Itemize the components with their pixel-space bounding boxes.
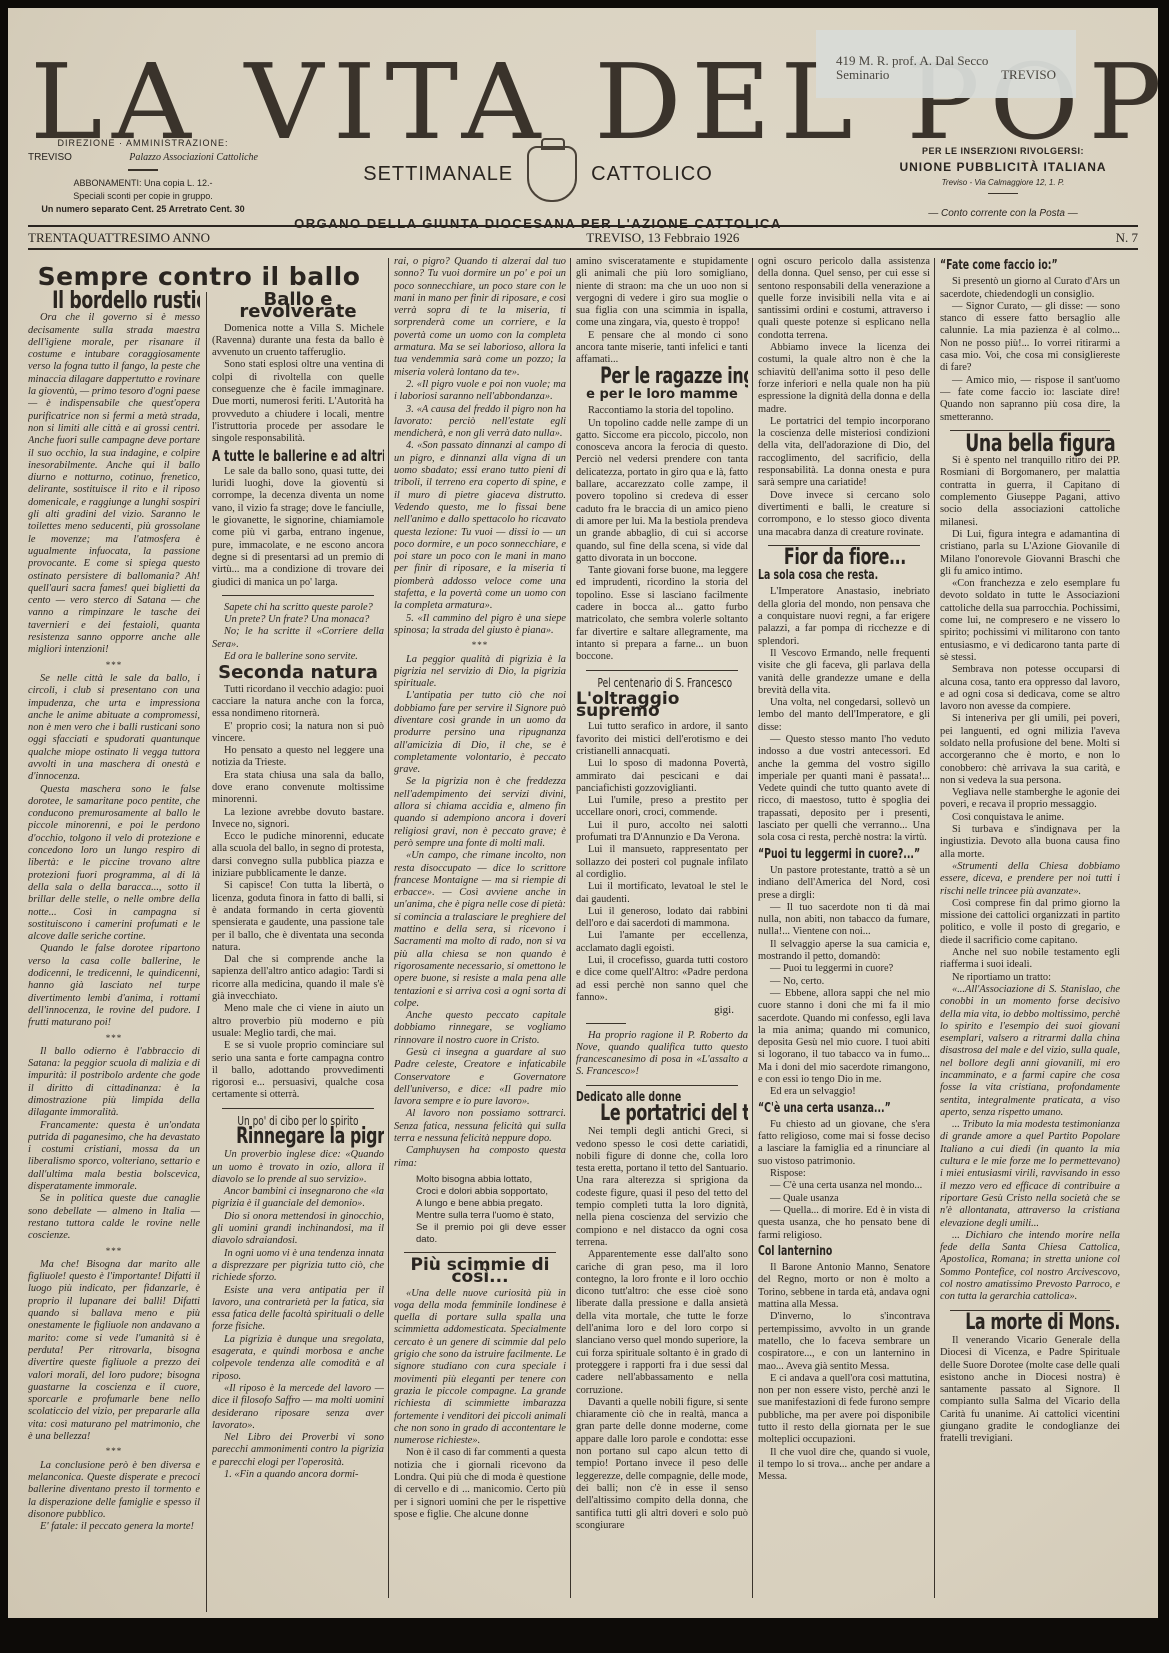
- palazzo-label: Palazzo Associazioni Cattoliche: [129, 152, 258, 163]
- paragraph: Vegliava nelle stamberghe le agonie dei …: [940, 787, 1120, 812]
- paragraph: «Strumenti della Chiesa dobbiamo essere,…: [940, 861, 1120, 898]
- paragraph: — Puoi tu leggermi in cuore?: [758, 963, 930, 975]
- paragraph: Raccontiamo la storia del topolino.: [576, 405, 748, 417]
- kicker-centenario: Pel centenario di S. Francesco: [598, 677, 727, 689]
- paragraph: E pensare che al mondo ci sono ancora ta…: [576, 330, 748, 367]
- paragraph: No; le ha scritte il «Corriere della Ser…: [212, 626, 384, 651]
- paragraph: Un pastore protestante, trattò a sè un i…: [758, 865, 930, 902]
- column-rule: [570, 258, 571, 1598]
- column-rule: [934, 258, 935, 1598]
- address-label-line1: 419 M. R. prof. A. Dal Secco: [836, 54, 1076, 68]
- separator-stars: ***: [28, 1032, 200, 1044]
- paragraph: La conclusione però è ben diversa e mela…: [28, 1460, 200, 1521]
- paragraph: 3. «A causa del freddo il pigro non ha l…: [394, 404, 566, 441]
- paragraph: — No, certo.: [758, 976, 930, 988]
- paragraph: E se si vuole proprio cominciare sul ser…: [212, 1040, 384, 1101]
- article-head-viviani: La morte di Mons. Viviani: [965, 1317, 1095, 1329]
- conto-label: — Conto corrente con la Posta —: [878, 208, 1128, 219]
- divider: [404, 1252, 556, 1253]
- paragraph: Si presentò un giorno al Curato d'Ars un…: [940, 276, 1120, 301]
- paragraph: Se in politica queste due canaglie sono …: [28, 1193, 200, 1242]
- paragraph: Si turbava e s'indignava per la ingiusti…: [940, 824, 1120, 861]
- paragraph: Nei templi degli antichi Greci, si vedon…: [576, 1126, 748, 1249]
- paragraph: «...All'Associazione di S. Stanislao, ch…: [940, 984, 1120, 1119]
- paragraph: L'antipatia per tutto ciò che noi dobbia…: [394, 690, 566, 776]
- paragraph: Francamente: questa è un'ondata putrida …: [28, 1120, 200, 1194]
- settimanale-label: SETTIMANALE: [363, 163, 513, 186]
- paragraph: Fu chiesto ad un giovane, che s'era fatt…: [758, 1119, 930, 1168]
- paragraph: Non è il caso di far commenti a questa n…: [394, 1447, 566, 1521]
- paragraph: Era stata chiusa una sala da ballo, dove…: [212, 770, 384, 807]
- paragraph: Lui lo sposo di madonna Povertà, ammirat…: [576, 758, 748, 795]
- paragraph: Ma che! Bisogna dar marito alle figliuol…: [28, 1259, 200, 1443]
- column-1: Il bordello rusticano Ora che il governo…: [28, 290, 200, 1615]
- separator-stars: ***: [394, 639, 566, 651]
- date-label: TREVISO, 13 Febbraio 1926: [586, 230, 739, 246]
- paragraph: La pigrizia è dunque una sregolata, esag…: [212, 1334, 384, 1383]
- divider: [128, 169, 158, 171]
- paragraph: Sono stati esplosi oltre una ventina di …: [212, 359, 384, 445]
- paragraph: Tutti ricordano il vecchio adagio: puoi …: [212, 684, 384, 721]
- paragraph: Apparentemente esse dall'alto sono caric…: [576, 1249, 748, 1397]
- coat-of-arms-icon: [527, 146, 577, 202]
- rule: [28, 248, 1138, 250]
- dateline: TRENTAQUATTRESIMO ANNO TREVISO, 13 Febbr…: [28, 230, 1138, 246]
- column-3: rai, o pigro? Quando ti alzerai dal tuo …: [394, 256, 566, 1611]
- poem: Molto bisogna abbia lottato, Croci e dol…: [394, 1174, 566, 1246]
- divider: [586, 1085, 738, 1086]
- paragraph: Sembrava non potesse occuparsi di alcuna…: [940, 664, 1120, 713]
- paragraph: ogni oscuro pericolo dalla assistenza de…: [758, 256, 930, 342]
- paragraph: Quando le false dorotee ripartono verso …: [28, 943, 200, 1029]
- article-head-bella-figura: Una bella figura di cristiano: [965, 437, 1095, 449]
- paragraph: Nel Libro dei Proverbi vi sono parecchi …: [212, 1432, 384, 1469]
- paragraph: Così comprese fin dal primo giorno la mi…: [940, 898, 1120, 947]
- paragraph: Ancor bambini ci insegnarono che «la pig…: [212, 1186, 384, 1211]
- paragraph: Davanti a quelle nobili figure, si sente…: [576, 1397, 748, 1532]
- column-6: “Fate come faccio io:” Si presentò un gi…: [940, 256, 1120, 1611]
- paragraph: Camphuysen ha composto questa rima:: [394, 1145, 566, 1170]
- subhead-puoi-leggermi: “Puoi tu leggermi in cuore?...”: [758, 849, 882, 861]
- paragraph: Dal che si comprende anche la sapienza d…: [212, 954, 384, 1003]
- paragraph: 2. «Il pigro vuole e poi non vuole; ma i…: [394, 379, 566, 404]
- column-5: ogni oscuro pericolo dalla assistenza de…: [758, 256, 930, 1611]
- paragraph: Lui l'umile, preso a prestito per uccell…: [576, 795, 748, 820]
- article-head-pigrizia: Rinnegare la pigrizia: [236, 1131, 360, 1143]
- inserzioni-label: PER LE INSERZIONI RIVOLGERSI:: [878, 146, 1128, 156]
- paragraph: Se nelle città le sale da ballo, i circo…: [28, 673, 200, 784]
- column-rule: [752, 258, 753, 1598]
- paragraph: E ci andava a quell'ora così mattutina, …: [758, 1373, 930, 1447]
- paragraph: ... Dichiaro che intendo morire nella fe…: [940, 1230, 1120, 1304]
- paragraph: Si è spento nel tranquillo ritiro dei PP…: [940, 455, 1120, 529]
- paragraph: Le portatrici del tempio incorporano la …: [758, 416, 930, 490]
- paragraph: Il selvaggio aperse la sua camicia e, mo…: [758, 939, 930, 964]
- divider: [586, 670, 738, 671]
- issue-number: N. 7: [1116, 230, 1138, 246]
- article-head-seconda-natura: Seconda natura: [212, 667, 384, 679]
- divider: [988, 193, 1018, 194]
- paragraph: Lui il mansueto, rappresentato per solla…: [576, 844, 748, 881]
- paragraph: Ho pensato a questo nel leggere una noti…: [212, 745, 384, 770]
- paragraph: 5. «Il cammino del pigro è una siepe spi…: [394, 613, 566, 638]
- unione-label: UNIONE PUBBLICITÀ ITALIANA: [878, 160, 1128, 174]
- column-rule: [388, 258, 389, 1598]
- paragraph: In ogni uomo vi è una tendenza innata a …: [212, 1248, 384, 1285]
- paragraph: Così conquistava le anime.: [940, 812, 1120, 824]
- main-headline: Sempre contro il ballo: [24, 262, 374, 291]
- paragraph: Il Vescovo Ermando, nelle frequenti visi…: [758, 648, 930, 697]
- paragraph: Si inteneriva per gli umili, pei poveri,…: [940, 713, 1120, 787]
- paragraph: Un topolino cadde nelle zampe di un gatt…: [576, 418, 748, 566]
- subtitle-block: SETTIMANALE CATTOLICO ORGANO DELLA GIUNT…: [278, 146, 798, 231]
- masthead: LA VITA DEL POPOLO 419 M. R. prof. A. Da…: [8, 8, 1158, 238]
- paragraph: — Il tuo sacerdote non ti dà mai nulla, …: [758, 902, 930, 939]
- paragraph: Rispose:: [758, 1168, 930, 1180]
- paragraph: — Signor Curato, — gli disse: — sono sta…: [940, 301, 1120, 375]
- cattolico-label: CATTOLICO: [591, 163, 713, 186]
- separator-stars: ***: [28, 1245, 200, 1257]
- paragraph: Si capisce! Con tutta la libertà, o lice…: [212, 880, 384, 954]
- paragraph: L'Imperatore Anastasio, inebriato della …: [758, 586, 930, 647]
- paragraph: E' fatale: il peccato genera la morte!: [28, 1521, 200, 1533]
- paragraph: Abbiamo invece la licenza dei costumi, l…: [758, 342, 930, 416]
- article-head-fior-da-fiore: Fior da fiore...: [782, 552, 906, 564]
- paragraph: Esiste una vera antipatia per il lavoro,…: [212, 1285, 384, 1334]
- subhead-usanza: “C'è una certa usanza...”: [758, 1103, 882, 1115]
- paragraph: Una volta, nel congedarsi, sollevò un le…: [758, 697, 930, 734]
- paragraph: ... Tributo la mia modesta testimonianza…: [940, 1119, 1120, 1230]
- price-label: Un numero separato Cent. 25 Arretrato Ce…: [28, 203, 258, 216]
- subhead-lanternino: Col lanternino: [758, 1246, 882, 1258]
- paragraph: amino svisceratamente e stupidamente gli…: [576, 256, 748, 330]
- via-label: Treviso - Via Calmaggiore 12, 1. P.: [878, 178, 1128, 187]
- paragraph: Un proverbio inglese dice: «Quando un uo…: [212, 1149, 384, 1186]
- separator-stars: ***: [28, 1445, 200, 1457]
- paragraph: «Il riposo è la mercede del lavoro — dic…: [212, 1383, 384, 1432]
- article-head-oltraggio: L'oltraggio supremo: [576, 693, 748, 718]
- column-4: amino svisceratamente e stupidamente gli…: [576, 256, 748, 1611]
- paragraph: Al lavoro non possiamo sottrarci. Senza …: [394, 1108, 566, 1145]
- paragraph: «Una delle nuove curiosità più in voga d…: [394, 1288, 566, 1448]
- anno-label: TRENTAQUATTRESIMO ANNO: [28, 230, 210, 246]
- advertising-info: PER LE INSERZIONI RIVOLGERSI: UNIONE PUB…: [878, 146, 1128, 219]
- poem-line: Se il premio poi gli deve esser dato.: [416, 1222, 566, 1246]
- paragraph: La peggior qualità di pigrizia è la pigr…: [394, 654, 566, 691]
- paragraph: Il venerando Vicario Generale della Dioc…: [940, 1335, 1120, 1446]
- paragraph: La lezione avrebbe dovuto bastare. Invec…: [212, 807, 384, 832]
- sconti-label: Speciali sconti per copie in gruppo.: [28, 190, 258, 203]
- paragraph: Di Lui, figura integra e adamantina di c…: [940, 529, 1120, 578]
- paragraph: «Con franchezza e zelo esemplare fu devo…: [940, 578, 1120, 664]
- paragraph: 4. «Son passato dinnanzi al campo di un …: [394, 440, 566, 612]
- paragraph: Il che vuol dire che, quando si vuole, i…: [758, 1447, 930, 1484]
- paragraph: Il ballo odierno è l'abbraccio di Satana…: [28, 1046, 200, 1120]
- divider: [586, 1023, 626, 1024]
- poem-line: Mentre sulla terra l'uomo è stato,: [416, 1210, 566, 1222]
- paragraph: Lui tutto serafico in ardore, il santo f…: [576, 721, 748, 758]
- paragraph: Ne riportiamo un tratto:: [940, 972, 1120, 984]
- paragraph: — C'è una certa usanza nel mondo...: [758, 1180, 930, 1192]
- paragraph: Se la pigrizia non è che freddezza nell'…: [394, 776, 566, 850]
- subhead-sola-cosa: La sola cosa che resta.: [758, 570, 882, 582]
- article-head-portatrici: Le portatrici del tempio: [600, 1108, 724, 1120]
- paragraph: — Amico mio, — rispose il sant'uomo — fa…: [940, 375, 1120, 424]
- column-2: Ballo e revolverate Domenica notte a Vil…: [212, 290, 384, 1615]
- paragraph: 1. «Fin a quando ancora dormi-: [212, 1469, 384, 1481]
- article-head-scimmie: Più scimmie di così...: [394, 1259, 566, 1284]
- paragraph: Lui il mortificato, levatoal le stel le …: [576, 881, 748, 906]
- article-head-ragazze: Per le ragazze ingenue: [600, 371, 724, 383]
- paragraph: Questa maschera sono le false dorotee, l…: [28, 784, 200, 944]
- paragraph: Dio si onora mettendosi in ginocchio, gl…: [212, 1211, 384, 1248]
- poem-line: Croci e dolori abbia sopportato,: [416, 1186, 566, 1198]
- paragraph: Ecco le pudiche minorenni, educate alla …: [212, 831, 384, 880]
- paragraph: Anche nel suo nobile testamento egli ria…: [940, 947, 1120, 972]
- paragraph: Il Barone Antonio Manno, Senatore del Re…: [758, 1262, 930, 1311]
- direzione-label: DIREZIONE · AMMINISTRAZIONE:: [28, 138, 258, 148]
- paragraph: — Quale usanza: [758, 1193, 930, 1205]
- paragraph: Dove invece si cercano solo divertimenti…: [758, 490, 930, 539]
- poem-line: A lungo e bene abbia pregato.: [416, 1198, 566, 1210]
- divider: [222, 1108, 374, 1109]
- administration-info: DIREZIONE · AMMINISTRAZIONE: TREVISOPala…: [28, 138, 258, 216]
- address-label-seminario: Seminario: [836, 68, 889, 82]
- rule: [28, 225, 1138, 227]
- paragraph: Un prete? Un frate? Una monaca?: [212, 614, 384, 626]
- signature-gigi: gigi.: [576, 1004, 748, 1016]
- article-subhead-mamme: e per le loro mamme: [576, 389, 748, 401]
- city-label: TREVISO: [28, 152, 72, 163]
- separator-stars: ***: [28, 659, 200, 671]
- paragraph: Sapete chi ha scritto queste parole?: [212, 602, 384, 614]
- paragraph: D'inverno, lo s'incontrava pertempissimo…: [758, 1311, 930, 1372]
- address-label: 419 M. R. prof. A. Dal Secco Seminario T…: [816, 30, 1076, 98]
- divider: [222, 595, 374, 596]
- address-label-city: TREVISO: [1001, 68, 1056, 82]
- paragraph: Ora che il governo si è messo decisament…: [28, 312, 200, 656]
- paragraph: Ha proprio ragione il P. Roberto da Nove…: [576, 1030, 748, 1079]
- poem-line: Molto bisogna abbia lottato,: [416, 1174, 566, 1186]
- newspaper-page: LA VITA DEL POPOLO 419 M. R. prof. A. Da…: [8, 8, 1158, 1618]
- paragraph: Domenica notte a Villa S. Michele (Raven…: [212, 323, 384, 360]
- article-head-ballerine: A tutte le ballerine e ad altri ancora: [212, 450, 336, 462]
- paragraph: Lui l'amante per eccellenza, acclamato d…: [576, 930, 748, 955]
- paragraph: E' proprio così; la natura non si può vi…: [212, 721, 384, 746]
- paragraph: — Questo stesso manto l'ho veduto indoss…: [758, 734, 930, 845]
- paragraph: Lui il generoso, lodato dai rabbini dell…: [576, 906, 748, 931]
- abbonamenti-label: ABBONAMENTI: Una copia L. 12.-: [28, 177, 258, 190]
- paragraph: Ed era un selvaggio!: [758, 1086, 930, 1098]
- paragraph: Anche questo peccato capitale dobbiamo r…: [394, 1010, 566, 1047]
- subhead-fate-come: “Fate come faccio io:”: [940, 260, 1070, 272]
- paragraph: — Ebbene, allora sappi che nel mio cuore…: [758, 988, 930, 1086]
- article-head-bordello: Il bordello rusticano: [52, 294, 176, 306]
- paragraph: Lui il puro, accolto nei salotti profuma…: [576, 820, 748, 845]
- paragraph: Le sale da ballo sono, quasi tutte, dei …: [212, 466, 384, 589]
- paragraph: — Quella... di morire. Ed è in vista di …: [758, 1205, 930, 1242]
- paragraph: Tante giovani forse buone, ma leggere ed…: [576, 565, 748, 663]
- paragraph: «Un campo, che rimane incolto, non resta…: [394, 850, 566, 1010]
- paragraph: Meno male che ci viene in aiuto un altro…: [212, 1003, 384, 1040]
- organo-label: ORGANO DELLA GIUNTA DIOCESANA PER L'AZIO…: [278, 216, 798, 231]
- paragraph: Gesù ci insegna a guardare al suo Padre …: [394, 1047, 566, 1108]
- column-rule: [206, 292, 207, 1612]
- paragraph: Lui, il crocefisso, guarda tutti costoro…: [576, 955, 748, 1004]
- paragraph: rai, o pigro? Quando ti alzerai dal tuo …: [394, 256, 566, 379]
- article-head-ballo: Ballo e revolverate: [212, 294, 384, 319]
